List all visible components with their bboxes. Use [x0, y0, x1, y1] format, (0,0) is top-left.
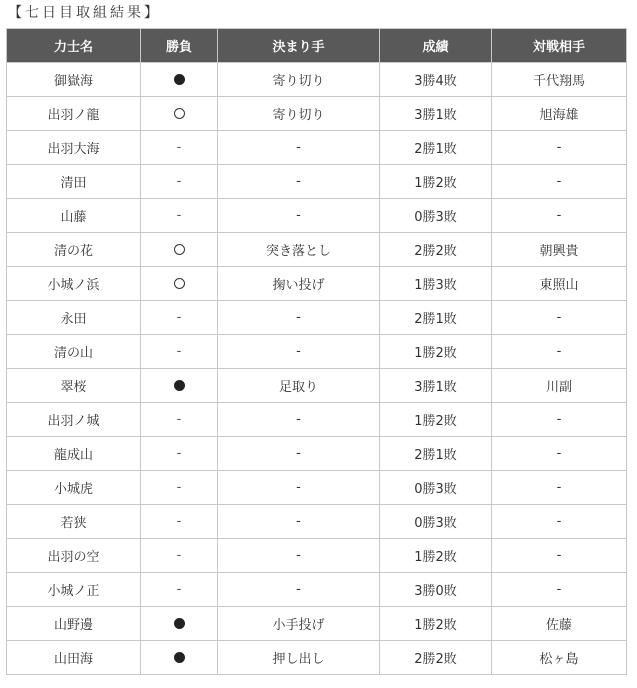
record: 1勝2敗	[380, 165, 492, 199]
kimarite: -	[218, 403, 380, 437]
wrestler-name: 出羽の空	[7, 539, 141, 573]
kimarite: -	[218, 131, 380, 165]
opponent: -	[492, 573, 627, 607]
no-result-dash: -	[177, 310, 182, 325]
record: 2勝2敗	[380, 233, 492, 267]
wrestler-name: 山野邊	[7, 607, 141, 641]
column-header-record: 成績	[380, 29, 492, 63]
table-row: 御嶽海寄り切り3勝4敗千代翔馬	[7, 63, 627, 97]
record: 2勝1敗	[380, 131, 492, 165]
record: 0勝3敗	[380, 505, 492, 539]
kimarite: 押し出し	[218, 641, 380, 675]
result-cell: -	[141, 165, 218, 199]
no-result-dash: -	[177, 412, 182, 427]
opponent: 千代翔馬	[492, 63, 627, 97]
no-result-dash: -	[177, 548, 182, 563]
result-cell	[141, 97, 218, 131]
record: 1勝2敗	[380, 403, 492, 437]
opponent: -	[492, 131, 627, 165]
kimarite: 足取り	[218, 369, 380, 403]
kimarite: 突き落とし	[218, 233, 380, 267]
record: 1勝2敗	[380, 539, 492, 573]
table-row: 小城ノ正--3勝0敗-	[7, 573, 627, 607]
page-title: 【七日目取組結果】	[8, 3, 161, 23]
kimarite: -	[218, 539, 380, 573]
record: 2勝1敗	[380, 301, 492, 335]
wrestler-name: 小城虎	[7, 471, 141, 505]
wrestler-name: 山藤	[7, 199, 141, 233]
wrestler-name: 清田	[7, 165, 141, 199]
record: 1勝2敗	[380, 607, 492, 641]
column-header-kimarite: 決まり手	[218, 29, 380, 63]
result-cell	[141, 641, 218, 675]
no-result-dash: -	[177, 208, 182, 223]
no-result-dash: -	[177, 480, 182, 495]
record: 2勝2敗	[380, 641, 492, 675]
opponent: -	[492, 437, 627, 471]
wrestler-name: 出羽ノ龍	[7, 97, 141, 131]
result-cell: -	[141, 335, 218, 369]
opponent: 東照山	[492, 267, 627, 301]
wrestler-name: 出羽大海	[7, 131, 141, 165]
result-cell: -	[141, 573, 218, 607]
column-header-opponent: 対戦相手	[492, 29, 627, 63]
table-row: 清の花突き落とし2勝2敗朝興貴	[7, 233, 627, 267]
loss-filled-circle-icon	[174, 618, 185, 629]
table-row: 山藤--0勝3敗-	[7, 199, 627, 233]
opponent: 旭海雄	[492, 97, 627, 131]
opponent: 川副	[492, 369, 627, 403]
no-result-dash: -	[177, 514, 182, 529]
win-circle-icon	[174, 108, 185, 119]
record: 0勝3敗	[380, 199, 492, 233]
opponent: -	[492, 165, 627, 199]
table-row: 永田--2勝1敗-	[7, 301, 627, 335]
kimarite: 小手投げ	[218, 607, 380, 641]
result-cell: -	[141, 301, 218, 335]
table-row: 清の山--1勝2敗-	[7, 335, 627, 369]
table-header-row: 力士名 勝負 決まり手 成績 対戦相手	[7, 29, 627, 63]
kimarite: -	[218, 301, 380, 335]
loss-filled-circle-icon	[174, 74, 185, 85]
opponent: 佐藤	[492, 607, 627, 641]
result-cell: -	[141, 471, 218, 505]
table-row: 山野邊小手投げ1勝2敗佐藤	[7, 607, 627, 641]
table-row: 出羽ノ龍寄り切り3勝1敗旭海雄	[7, 97, 627, 131]
result-cell: -	[141, 199, 218, 233]
opponent: -	[492, 199, 627, 233]
bout-results-table: 力士名 勝負 決まり手 成績 対戦相手 御嶽海寄り切り3勝4敗千代翔馬出羽ノ龍寄…	[6, 28, 627, 675]
table-row: 出羽大海--2勝1敗-	[7, 131, 627, 165]
kimarite: -	[218, 335, 380, 369]
table-row: 出羽の空--1勝2敗-	[7, 539, 627, 573]
kimarite: -	[218, 505, 380, 539]
table-row: 出羽ノ城--1勝2敗-	[7, 403, 627, 437]
opponent: -	[492, 403, 627, 437]
wrestler-name: 翠桜	[7, 369, 141, 403]
wrestler-name: 小城ノ正	[7, 573, 141, 607]
table-row: 若狭--0勝3敗-	[7, 505, 627, 539]
table-row: 清田--1勝2敗-	[7, 165, 627, 199]
column-header-result: 勝負	[141, 29, 218, 63]
no-result-dash: -	[177, 174, 182, 189]
wrestler-name: 出羽ノ城	[7, 403, 141, 437]
opponent: 松ヶ島	[492, 641, 627, 675]
opponent: -	[492, 539, 627, 573]
wrestler-name: 龍成山	[7, 437, 141, 471]
kimarite: -	[218, 471, 380, 505]
wrestler-name: 若狭	[7, 505, 141, 539]
result-cell: -	[141, 437, 218, 471]
table-row: 小城虎--0勝3敗-	[7, 471, 627, 505]
wrestler-name: 清の山	[7, 335, 141, 369]
wrestler-name: 清の花	[7, 233, 141, 267]
result-cell: -	[141, 403, 218, 437]
record: 3勝0敗	[380, 573, 492, 607]
opponent: 朝興貴	[492, 233, 627, 267]
result-cell	[141, 607, 218, 641]
result-cell: -	[141, 131, 218, 165]
kimarite: 寄り切り	[218, 97, 380, 131]
record: 3勝1敗	[380, 97, 492, 131]
opponent: -	[492, 301, 627, 335]
table-row: 翠桜足取り3勝1敗川副	[7, 369, 627, 403]
result-cell	[141, 233, 218, 267]
table-row: 龍成山--2勝1敗-	[7, 437, 627, 471]
result-cell: -	[141, 539, 218, 573]
record: 0勝3敗	[380, 471, 492, 505]
result-cell	[141, 369, 218, 403]
opponent: -	[492, 505, 627, 539]
loss-filled-circle-icon	[174, 652, 185, 663]
no-result-dash: -	[177, 344, 182, 359]
wrestler-name: 御嶽海	[7, 63, 141, 97]
record: 2勝1敗	[380, 437, 492, 471]
no-result-dash: -	[177, 582, 182, 597]
kimarite: -	[218, 573, 380, 607]
opponent: -	[492, 335, 627, 369]
record: 3勝1敗	[380, 369, 492, 403]
opponent: -	[492, 471, 627, 505]
table-row: 小城ノ浜掬い投げ1勝3敗東照山	[7, 267, 627, 301]
kimarite: 寄り切り	[218, 63, 380, 97]
record: 1勝3敗	[380, 267, 492, 301]
kimarite: 掬い投げ	[218, 267, 380, 301]
wrestler-name: 永田	[7, 301, 141, 335]
no-result-dash: -	[177, 446, 182, 461]
kimarite: -	[218, 437, 380, 471]
result-cell	[141, 63, 218, 97]
wrestler-name: 山田海	[7, 641, 141, 675]
kimarite: -	[218, 165, 380, 199]
win-circle-icon	[174, 278, 185, 289]
table-body: 御嶽海寄り切り3勝4敗千代翔馬出羽ノ龍寄り切り3勝1敗旭海雄出羽大海--2勝1敗…	[7, 63, 627, 675]
wrestler-name: 小城ノ浜	[7, 267, 141, 301]
table-row: 山田海押し出し2勝2敗松ヶ島	[7, 641, 627, 675]
record: 3勝4敗	[380, 63, 492, 97]
record: 1勝2敗	[380, 335, 492, 369]
no-result-dash: -	[177, 140, 182, 155]
win-circle-icon	[174, 244, 185, 255]
column-header-wrestler: 力士名	[7, 29, 141, 63]
kimarite: -	[218, 199, 380, 233]
result-cell	[141, 267, 218, 301]
loss-filled-circle-icon	[174, 380, 185, 391]
result-cell: -	[141, 505, 218, 539]
